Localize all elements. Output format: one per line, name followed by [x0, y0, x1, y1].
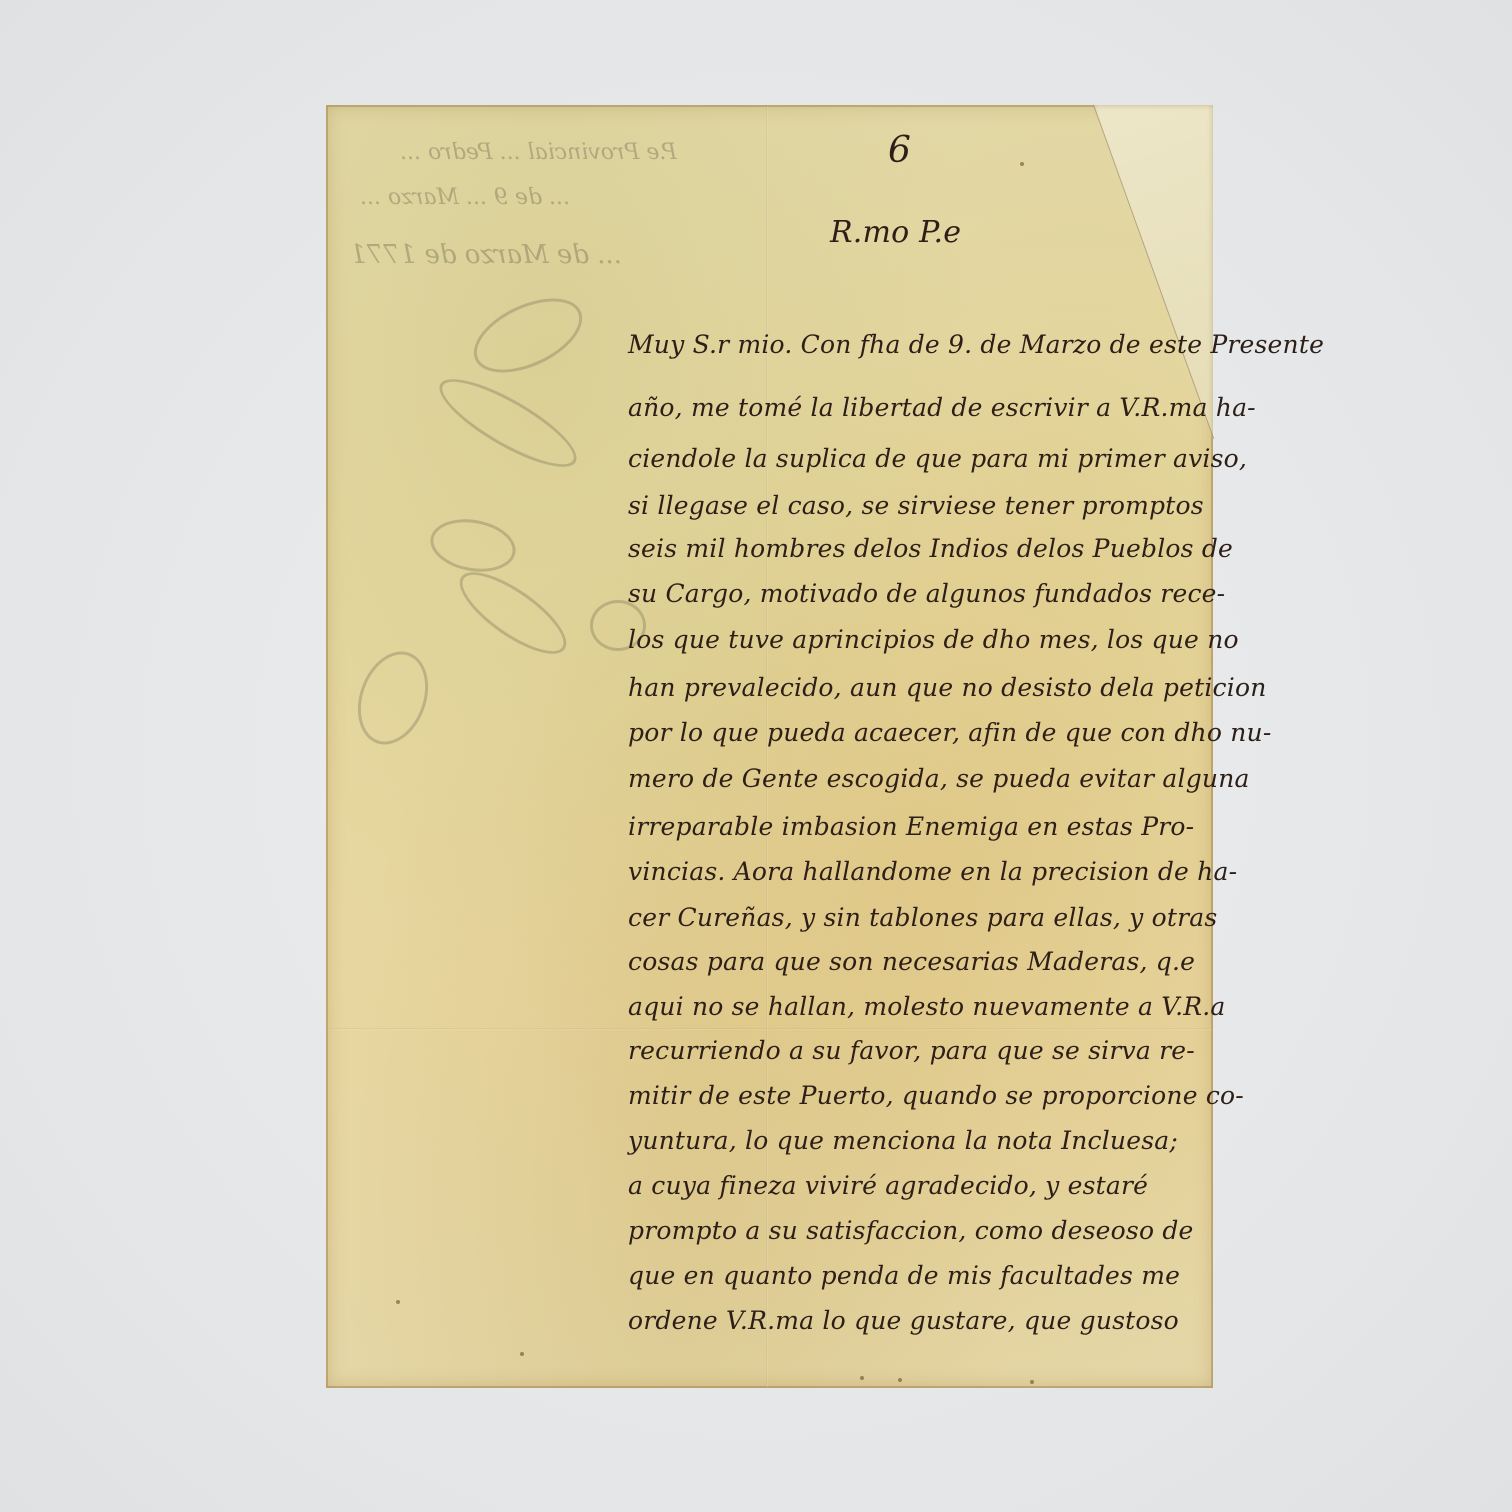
folio-number: 6 — [888, 130, 911, 171]
letter-line: cosas para que son necesarias Maderas, q… — [628, 947, 1195, 976]
foxing-spot — [520, 1352, 524, 1356]
letter-line: por lo que pueda acaecer, afin de que co… — [628, 718, 1272, 747]
letter-line: si llegase el caso, se sirviese tener pr… — [628, 491, 1204, 520]
letter-line: seis mil hombres delos Indios delos Pueb… — [628, 534, 1233, 563]
letter-line: su Cargo, motivado de algunos fundados r… — [628, 579, 1225, 608]
letter-line: mero de Gente escogida, se pueda evitar … — [628, 764, 1250, 793]
foxing-spot — [396, 1300, 400, 1304]
letter-line: a cuya fineza viviré agradecido, y estar… — [628, 1171, 1148, 1200]
foxing-spot — [898, 1378, 902, 1382]
letter-line: recurriendo a su favor, para que se sirv… — [628, 1036, 1195, 1065]
letter-line: ciendole la suplica de que para mi prime… — [628, 444, 1247, 473]
letter-line: vincias. Aora hallandome en la precision… — [628, 857, 1237, 886]
letter-line: ordene V.R.ma lo que gustare, que gustos… — [628, 1306, 1179, 1335]
letter-line: mitir de este Puerto, quando se proporci… — [628, 1081, 1244, 1110]
horizontal-fold-crease — [327, 1028, 1212, 1030]
letter-line: yuntura, lo que menciona la nota Inclues… — [628, 1126, 1178, 1155]
letter-line: aqui no se hallan, molesto nuevamente a … — [628, 992, 1226, 1021]
letter-line: prompto a su satisfaccion, como deseoso … — [628, 1216, 1194, 1245]
letter-line: cer Cureñas, y sin tablones para ellas, … — [628, 903, 1217, 932]
foxing-spot — [860, 1376, 864, 1380]
foxing-spot — [1020, 162, 1024, 166]
letter-line: Muy S.r mio. Con fha de 9. de Marzo de e… — [628, 330, 1324, 359]
letter-line: han prevalecido, aun que no desisto dela… — [628, 673, 1267, 702]
foxing-spot — [1030, 1380, 1034, 1384]
letter-line: año, me tomé la libertad de escrivir a V… — [628, 393, 1256, 422]
letter-heading: R.mo P.e — [830, 215, 961, 250]
letter-line: los que tuve aprincipios de dho mes, los… — [628, 625, 1239, 654]
letter-line: que en quanto penda de mis facultades me — [628, 1261, 1180, 1290]
letter-line: irreparable imbasion Enemiga en estas Pr… — [628, 812, 1194, 841]
